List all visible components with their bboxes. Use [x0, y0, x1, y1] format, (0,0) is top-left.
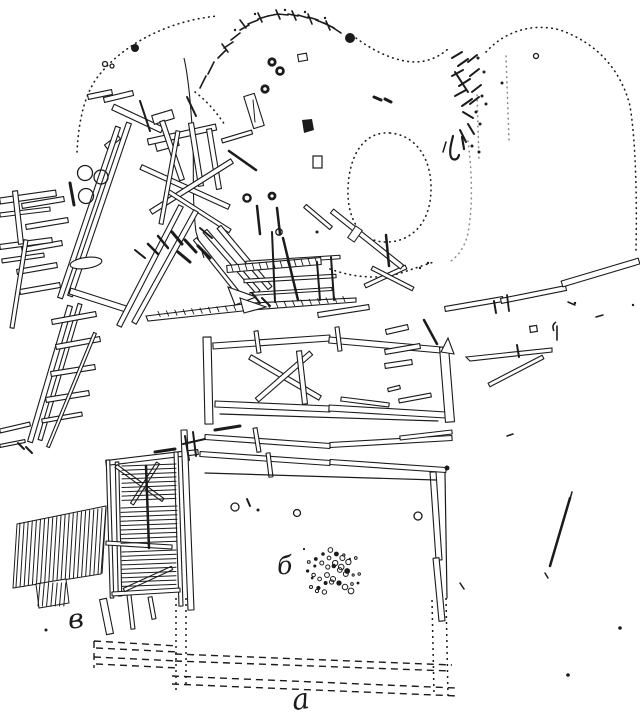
- feature-label-b: б: [276, 552, 293, 578]
- excavation-plan-figure: в б а: [0, 0, 640, 713]
- feature-label-v: в: [67, 605, 85, 633]
- excavation-plan-drawing: [0, 0, 640, 713]
